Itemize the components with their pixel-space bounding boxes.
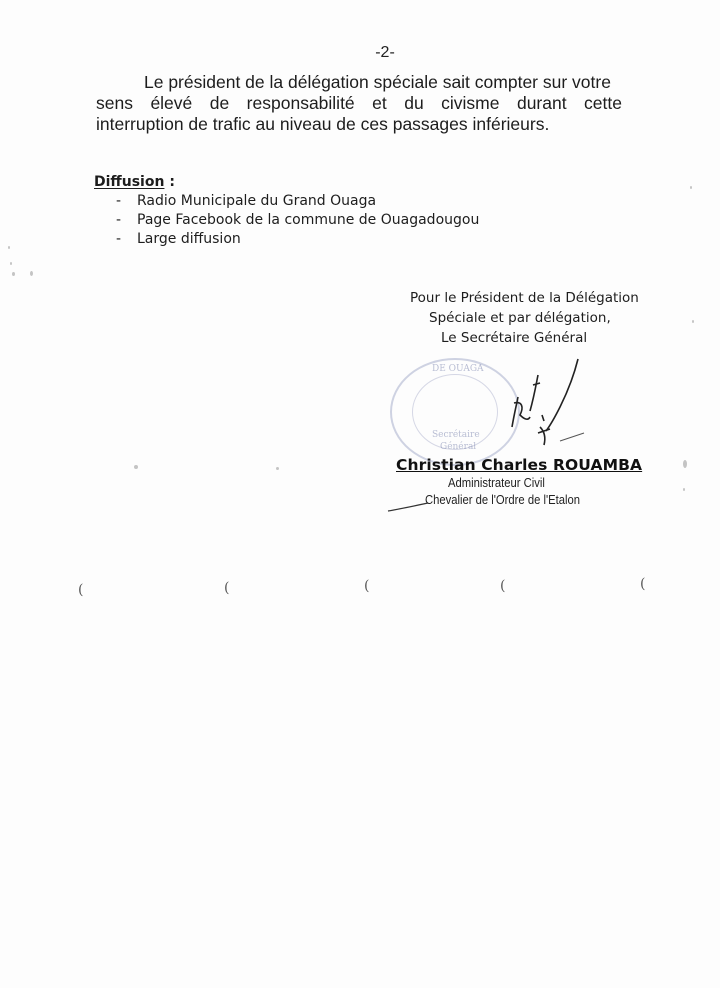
diffusion-item: -Radio Municipale du Grand Ouaga <box>94 192 479 211</box>
diffusion-item: -Page Facebook de la commune de Ouagadou… <box>94 211 479 230</box>
diffusion-item: -Large diffusion <box>94 230 479 249</box>
signer-distinction: Chevalier de l'Ordre de l'Etalon <box>425 493 580 507</box>
page-number: -2- <box>0 44 720 62</box>
scan-speck <box>30 271 33 276</box>
diffusion-heading: Diffusion : <box>94 174 175 190</box>
diffusion-section: Diffusion : -Radio Municipale du Grand O… <box>94 174 479 249</box>
pen-stroke-icon <box>386 498 430 514</box>
stamp-top-text: DE OUAGA <box>432 364 484 374</box>
stamp-bottom-text: Secrétaire <box>432 430 480 440</box>
bullet-dash: - <box>94 230 137 249</box>
diffusion-list: -Radio Municipale du Grand Ouaga -Page F… <box>94 192 479 249</box>
scan-speck <box>134 465 138 469</box>
signature-line: Pour le Président de la Délégation <box>410 290 639 306</box>
scan-speck <box>692 320 694 323</box>
punch-mark-icon: ( <box>500 578 505 594</box>
diffusion-heading-label: Diffusion <box>94 174 164 190</box>
bullet-dash: - <box>94 192 137 211</box>
punch-mark-icon: ( <box>78 582 83 598</box>
scan-speck <box>683 460 687 468</box>
diffusion-item-text: Radio Municipale du Grand Ouaga <box>137 192 376 211</box>
scan-speck <box>276 467 279 470</box>
scan-speck <box>12 272 15 276</box>
signer-name: Christian Charles ROUAMBA <box>396 456 642 474</box>
scan-speck <box>8 246 10 249</box>
body-paragraph: Le président de la délégation spéciale s… <box>96 72 622 135</box>
punch-mark-icon: ( <box>364 578 369 594</box>
diffusion-item-text: Large diffusion <box>137 230 241 249</box>
diffusion-item-text: Page Facebook de la commune de Ouagadoug… <box>137 211 479 230</box>
signature-line: Le Secrétaire Général <box>441 330 587 346</box>
body-line: sens élevé de responsabilité et du civis… <box>96 93 622 114</box>
signer-title: Administrateur Civil <box>448 476 545 490</box>
scan-speck <box>683 488 685 491</box>
punch-mark-icon: ( <box>224 580 229 596</box>
punch-mark-icon: ( <box>640 576 645 592</box>
scan-speck <box>690 186 692 189</box>
bullet-dash: - <box>94 211 137 230</box>
stamp-bottom-text: Général <box>440 442 476 452</box>
diffusion-heading-colon: : <box>164 174 174 190</box>
body-line: interruption de trafic au niveau de ces … <box>96 114 622 135</box>
scan-speck <box>10 262 12 265</box>
signature-line: Spéciale et par délégation, <box>429 310 611 326</box>
body-line: Le président de la délégation spéciale s… <box>96 72 622 93</box>
handwritten-signature-icon <box>500 355 590 455</box>
